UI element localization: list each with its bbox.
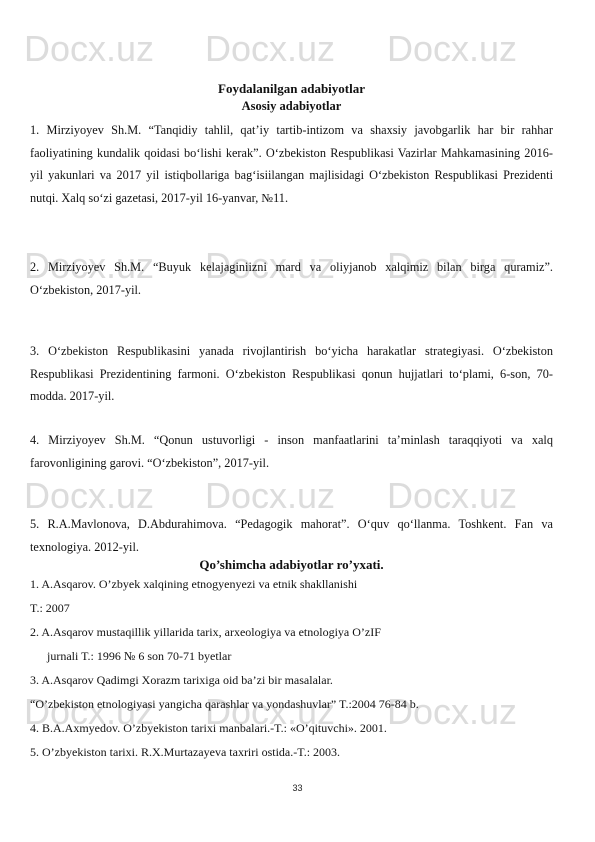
additional-section-heading: Qo’shimcha adabiyotlar ro’yxati. (30, 557, 553, 573)
watermark-row: Docx.uz Docx.uz Docx.uz (0, 34, 595, 64)
reference-line: T.: 2007 (30, 596, 553, 620)
reference-line: 3. A.Asqarov Qadimgi Xorazm tarixiga oid… (30, 668, 553, 692)
document-page: Docx.uz Docx.uz Docx.uz Docx.uz Docx.uz … (0, 0, 595, 842)
watermark: Docx.uz (205, 34, 335, 64)
watermark: Docx.uz (387, 481, 517, 511)
page-number: 33 (0, 783, 595, 793)
reference-line: 2. A.Asqarov mustaqillik yillarida tarix… (30, 620, 553, 644)
watermark: Docx.uz (24, 34, 154, 64)
watermark-row: Docx.uz Docx.uz Docx.uz (0, 481, 595, 511)
reference-item: 1. Mirziyoyev Sh.M. “Tanqidiy tahlil, qa… (30, 119, 553, 209)
reference-line: 4. B.A.Axmyedov. O’zbyekiston tarixi man… (30, 716, 553, 740)
watermark: Docx.uz (387, 34, 517, 64)
page-title: Foydalanilgan adabiyotlar (30, 81, 553, 97)
reference-item: 5. R.A.Mavlonova, D.Abdurahimova. “Pedag… (30, 513, 553, 558)
reference-line: 1. A.Asqarov. O’zbyek xalqining etnogyen… (30, 572, 553, 596)
additional-reference-list: 1. A.Asqarov. O’zbyek xalqining etnogyen… (30, 572, 553, 764)
reference-item: 3. O‘zbekiston Respublikasini yanada riv… (30, 340, 553, 408)
reference-line: 5. O’zbyekiston tarixi. R.X.Murtazayeva … (30, 740, 553, 764)
watermark: Docx.uz (205, 481, 335, 511)
reference-item: 4. Mirziyoyev Sh.M. “Qonun ustuvorligi -… (30, 429, 553, 474)
reference-line: “O’zbekiston etnologiyasi yangicha qaras… (30, 692, 553, 716)
watermark: Docx.uz (24, 481, 154, 511)
reference-line: jurnali T.: 1996 № 6 son 70-71 byetlar (30, 644, 553, 668)
main-section-heading: Asosiy adabiyotlar (30, 98, 553, 114)
reference-item: 2. Mirziyoyev Sh.M. “Buyuk kelajaginiizn… (30, 256, 553, 301)
